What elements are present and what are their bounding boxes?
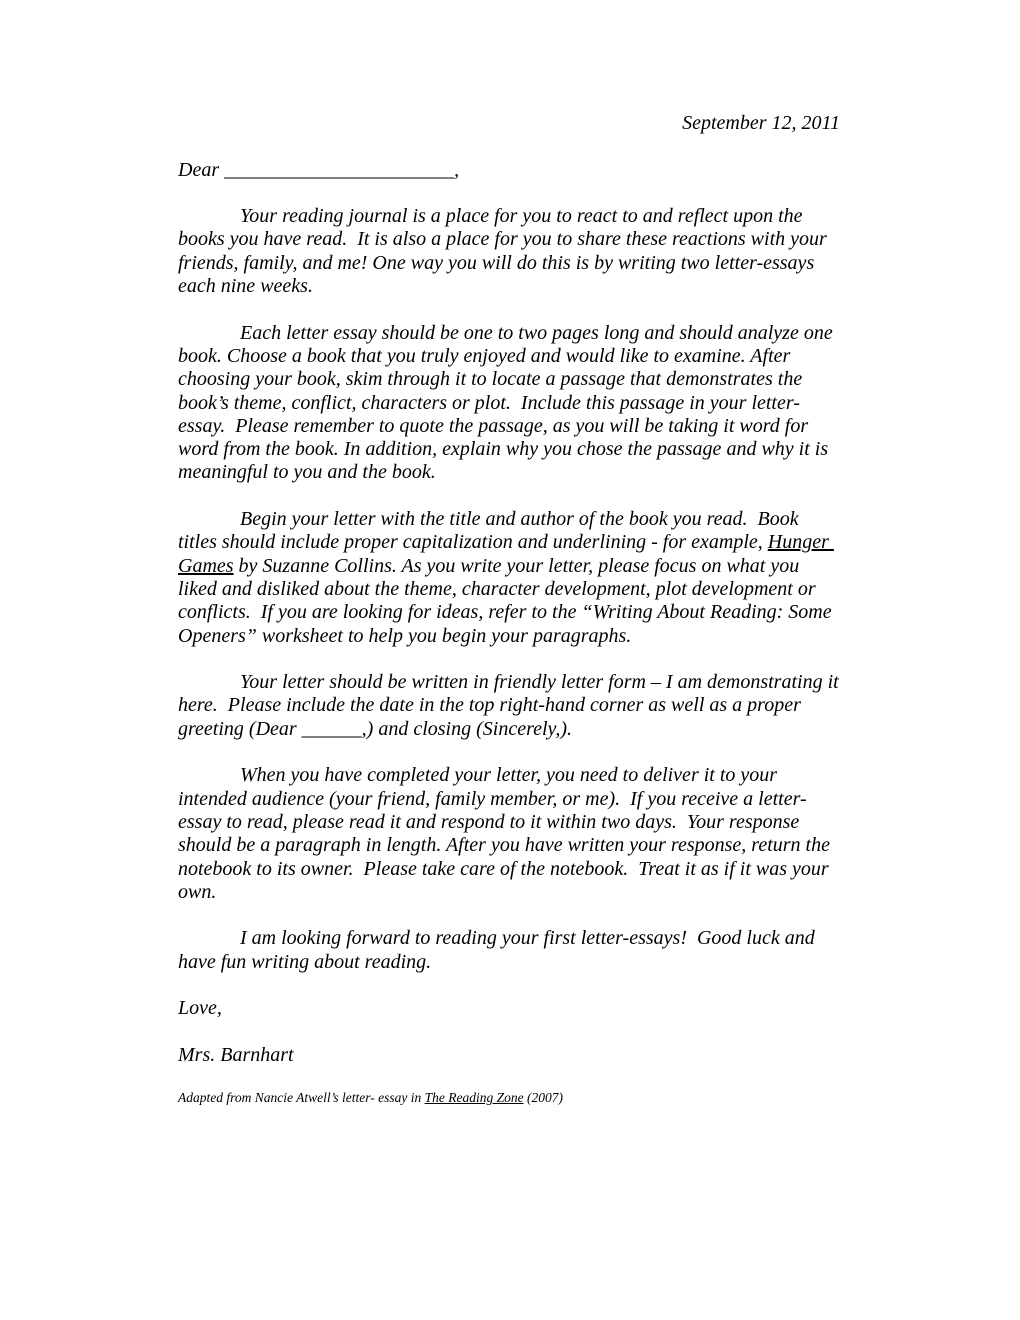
text-segment: Each letter essay should be one to two p… (178, 322, 838, 484)
text-segment: Begin your letter with the title and aut… (178, 508, 804, 553)
letter-paragraph: Your letter should be written in friendl… (178, 671, 840, 741)
text-segment: by Suzanne Collins. As you write your le… (178, 555, 837, 647)
letter-closing: Love, (178, 997, 840, 1020)
letter-signature: Mrs. Barnhart (178, 1044, 840, 1067)
underlined-text: The Reading Zone (425, 1090, 524, 1105)
text-segment: Your letter should be written in friendl… (178, 671, 844, 740)
greeting-prefix: Dear (178, 159, 224, 181)
greeting-blank-line: _______________________ (224, 159, 454, 181)
letter-paragraph: When you have completed your letter, you… (178, 764, 840, 904)
text-segment: Adapted from Nancie Atwell’s letter- ess… (178, 1090, 425, 1105)
text-segment: Your reading journal is a place for you … (178, 205, 832, 297)
letter-paragraph: Begin your letter with the title and aut… (178, 508, 840, 648)
letter-paragraph: Each letter essay should be one to two p… (178, 322, 840, 485)
letter-date: September 12, 2011 (178, 112, 840, 135)
letter-greeting: Dear _______________________, (178, 159, 840, 182)
greeting-suffix: , (454, 159, 459, 181)
text-segment: When you have completed your letter, you… (178, 764, 835, 902)
document-page: September 12, 2011 Dear ________________… (0, 0, 1020, 1320)
letter-body: September 12, 2011 Dear ________________… (178, 112, 840, 1106)
letter-paragraphs: Your reading journal is a place for you … (178, 205, 840, 974)
text-segment: I am looking forward to reading your fir… (178, 927, 820, 972)
text-segment: (2007) (524, 1090, 563, 1105)
letter-paragraph: I am looking forward to reading your fir… (178, 927, 840, 974)
letter-paragraph: Your reading journal is a place for you … (178, 205, 840, 298)
footnote-citation: Adapted from Nancie Atwell’s letter- ess… (178, 1090, 840, 1106)
